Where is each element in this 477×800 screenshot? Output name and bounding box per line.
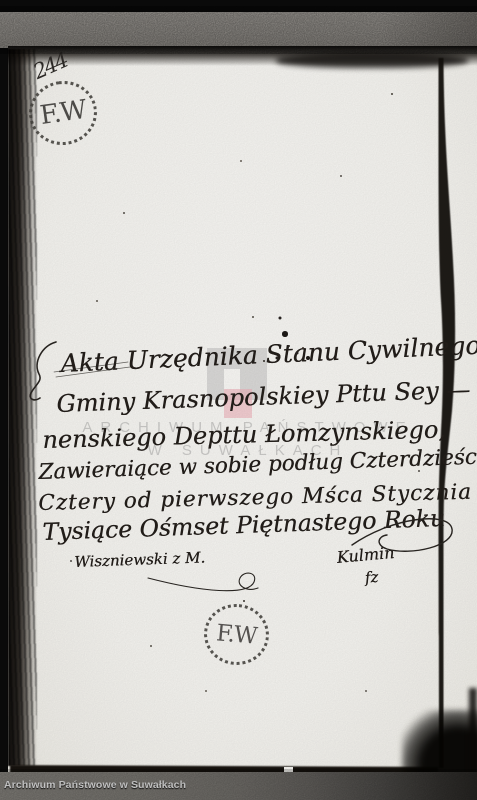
scanned-document-image: 244 F.W F.W ARCHIWUM PAŃSTWOWE W SUWAŁKA…	[0, 0, 477, 800]
scanner-bed-shade	[380, 12, 477, 48]
stamp-monogram-top: F.W	[38, 95, 88, 131]
handwriting-signature-paraph: fz	[364, 568, 379, 587]
stamp-monogram-bottom: F.W	[215, 620, 257, 649]
ink-specks	[0, 0, 2, 2]
footer-caption: Archiwum Państwowe w Suwałkach	[4, 779, 186, 791]
